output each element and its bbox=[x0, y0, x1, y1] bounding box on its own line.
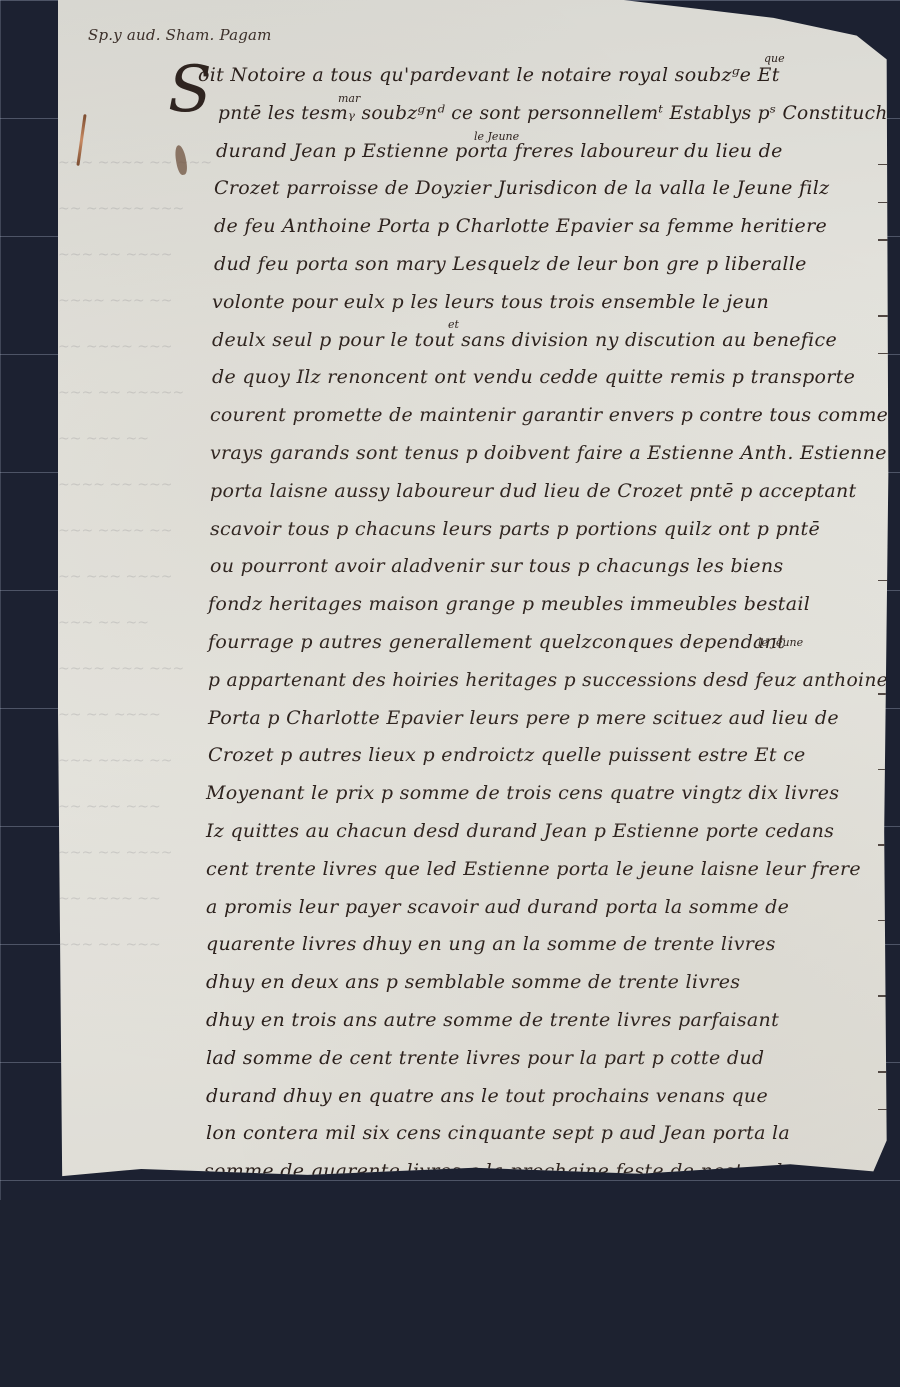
header-annotation: Sp.y aud. Sham. Pagam bbox=[88, 26, 272, 44]
manuscript-line: pntē les tesmᵧ soubzᵍnᵈ ce sont personne… bbox=[198, 102, 888, 140]
manuscript-line: oit Notoire a tous qu'pardevant le notai… bbox=[198, 64, 888, 102]
manuscript-line: durand Jean p Estienne porta freres labo… bbox=[198, 140, 888, 178]
manuscript-line: a promis leur payer scavoir aud durand p… bbox=[198, 896, 888, 934]
manuscript-line: fondz heritages maison grange p meubles … bbox=[198, 593, 888, 631]
manuscript-line: dhuy en deux ans p semblable somme de tr… bbox=[198, 971, 888, 1009]
manuscript-page: ~~~ ~~~~ ~~ ~~~~~ ~~~~~ ~~~~~~ ~~ ~~~~~~… bbox=[58, 0, 890, 1188]
manuscript-line: courent promette de maintenir garantir e… bbox=[198, 404, 888, 442]
manuscript-line: Crozet p autres lieux p endroictz quelle… bbox=[198, 744, 888, 782]
manuscript-line: porta laisne aussy laboureur dud lieu de… bbox=[198, 480, 888, 518]
manuscript-line: lad somme de cent trente livres pour la … bbox=[198, 1047, 888, 1085]
bleed-through-text: ~~~ ~~~~ ~~ ~~~~~ ~~~~~ ~~~~~~ ~~ ~~~~~~… bbox=[58, 140, 218, 1040]
manuscript-line: Moyenant le prix p somme de trois cens q… bbox=[198, 782, 888, 820]
manuscript-line: de quoy Ilz renoncent ont vendu cedde qu… bbox=[198, 366, 888, 404]
manuscript-line: p appartenant des hoiries heritages p su… bbox=[198, 669, 888, 707]
manuscript-line: cent trente livres que led Estienne port… bbox=[198, 858, 888, 896]
manuscript-line: Iz quittes au chacun desd durand Jean p … bbox=[198, 820, 888, 858]
pin-mark bbox=[76, 114, 86, 166]
manuscript-line: Porta p Charlotte Epavier leurs pere p m… bbox=[198, 707, 888, 745]
manuscript-line: Crozet parroisse de Doyzier Jurisdicon d… bbox=[198, 177, 888, 215]
manuscript-line: dud feu porta son mary Lesquelz de leur … bbox=[198, 253, 888, 291]
manuscript-line: dhuy en trois ans autre somme de trente … bbox=[198, 1009, 888, 1047]
manuscript-line: ou pourront avoir aladvenir sur tous p c… bbox=[198, 555, 888, 593]
manuscript-line: volonte pour eulx p les leurs tous trois… bbox=[198, 291, 888, 329]
manuscript-line: fourrage p autres generallement quelzcon… bbox=[198, 631, 888, 669]
ink-stain bbox=[173, 144, 188, 175]
manuscript-line: quarente livres dhuy en ung an la somme … bbox=[198, 933, 888, 971]
manuscript-line: deulx seul p pour le tout sans division … bbox=[198, 329, 888, 367]
manuscript-line: vrays garands sont tenus p doibvent fair… bbox=[198, 442, 888, 480]
manuscript-line: de feu Anthoine Porta p Charlotte Epavie… bbox=[198, 215, 888, 253]
manuscript-body: oit Notoire a tous qu'pardevant le notai… bbox=[198, 64, 888, 1200]
manuscript-line: scavoir tous p chacuns leurs parts p por… bbox=[198, 518, 888, 556]
manuscript-line: durand dhuy en quatre ans le tout procha… bbox=[198, 1085, 888, 1123]
manuscript-line: lon contera mil six cens cinquante sept … bbox=[198, 1122, 888, 1160]
